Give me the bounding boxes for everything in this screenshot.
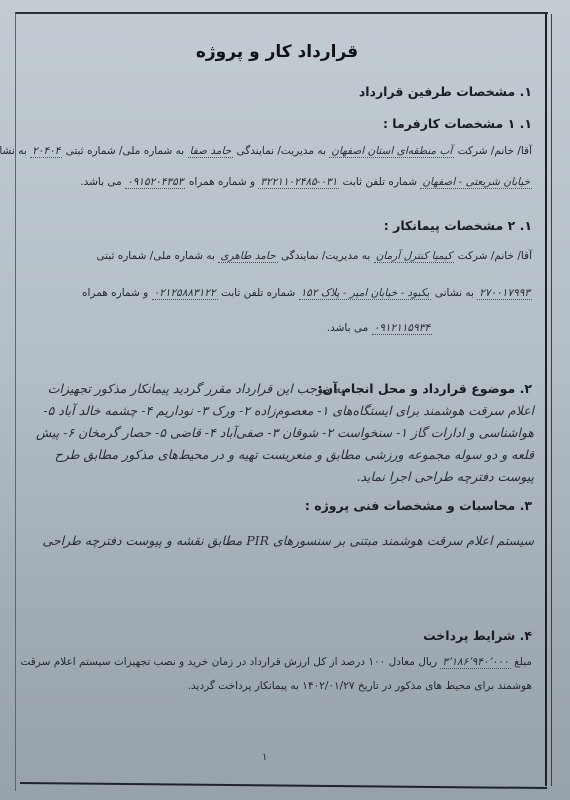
page-border-right <box>545 14 552 786</box>
payment-amount-field: ۳٬۱۸۶٬۹۴۰٬۰۰۰ <box>440 656 510 669</box>
employer-mobile-field: ۰۹۱۵۲۰۴۳۵۳ <box>125 176 185 189</box>
employer-phone-label: شماره تلفن ثابت <box>343 176 417 188</box>
contractor-mobile-field: ۰۹۱۲۱۱۵۹۳۴ <box>372 322 432 335</box>
page-number: ۱ <box>262 752 267 763</box>
contractor-representative-field: حامد طاهری <box>218 250 277 263</box>
contractor-line3-suffix: می باشد. <box>327 322 368 334</box>
contractor-mobile-label: و شماره همراه <box>82 287 148 299</box>
section4-heading: ۴. شرایط پرداخت <box>423 628 532 643</box>
contractor-phone-label: شماره تلفن ثابت <box>221 287 295 299</box>
contractor-line-3: ۰۹۱۲۱۱۵۹۳۴ می باشد. <box>327 322 432 334</box>
payment-text-1: ریال معادل ۱۰۰ درصد از کل ارزش قرارداد د… <box>20 656 437 668</box>
contractor-line-1: آقا/ خانم/ شرکت کیمیا کنترل آرمان به مدی… <box>96 250 532 262</box>
employer-prefix: آقا/ خانم/ شرکت <box>458 145 532 157</box>
contractor-address-label: به نشانی <box>435 287 474 299</box>
contractor-name-field: کیمیا کنترل آرمان <box>374 250 455 263</box>
section1-heading: ۱. مشخصات طرفین قرارداد <box>359 84 532 99</box>
employer-mid2: به شماره ملی/ شماره ثبتی <box>66 145 185 157</box>
employer-name-field: آب منطقه‌ای استان اصفهان <box>329 145 454 158</box>
employer-line2-suffix: می باشد. <box>80 176 121 188</box>
contractor-line-2: ۲۷۰۰۱۷۹۹۳ به نشانی یکبود - خیابان امیر -… <box>82 287 532 299</box>
employer-registration-field: ۲۰۴۰۴ <box>30 145 62 158</box>
payment-line-1: مبلغ ۳٬۱۸۶٬۹۴۰٬۰۰۰ ریال معادل ۱۰۰ درصد ا… <box>20 656 532 668</box>
section3-heading: ۳. محاسبات و مشخصات فنی پروژه : <box>305 498 532 513</box>
employer-address-field: خیابان شریعتی - اصفهان <box>420 176 532 189</box>
contractor-heading: ۱. ۲ مشخصات پیمانکار : <box>384 218 532 233</box>
contractor-mid1: به مدیریت/ نمایندگی <box>281 250 370 262</box>
employer-heading: ۱. ۱ مشخصات کارفرما : <box>383 116 532 131</box>
payment-line-2: هوشمند برای محیط های مذکور در تاریخ ۱۴۰۲… <box>188 680 532 692</box>
contractor-address-field: یکبود - خیابان امیر - پلاک ۱۵۲ <box>299 287 432 300</box>
section3-handwritten-specs: سیستم اعلام سرقت هوشمند مبتنی بر سنسورها… <box>34 530 534 552</box>
employer-phone-field: ۰۳۱-۳۲۲۱۱۰۲۴۸۵ <box>258 176 339 189</box>
contractor-prefix: آقا/ خانم/ شرکت <box>458 250 532 262</box>
employer-representative-field: حامد صفا <box>188 145 234 158</box>
contractor-phone-field: ۰۲۱۲۵۸۸۳۱۲۲ <box>152 287 218 300</box>
payment-prefix: مبلغ <box>514 656 532 668</box>
document-title: قرارداد کار و پروژه <box>22 42 532 62</box>
contractor-suffix: به شماره ملی/ شماره ثبتی <box>96 250 215 262</box>
employer-line-2: خیابان شریعتی - اصفهان شماره تلفن ثابت ۰… <box>80 176 532 188</box>
section2-handwritten-subject: به موجب این قرارداد مقرر گردید پیمانکار … <box>34 378 534 488</box>
employer-line-1: آقا/ خانم/ شرکت آب منطقه‌ای استان اصفهان… <box>0 145 532 157</box>
employer-mobile-label: و شماره همراه <box>189 176 255 188</box>
employer-suffix: به نشانی <box>0 145 27 157</box>
employer-mid1: به مدیریت/ نمایندگی <box>237 145 326 157</box>
contractor-registration-field: ۲۷۰۰۱۷۹۹۳ <box>477 287 532 300</box>
